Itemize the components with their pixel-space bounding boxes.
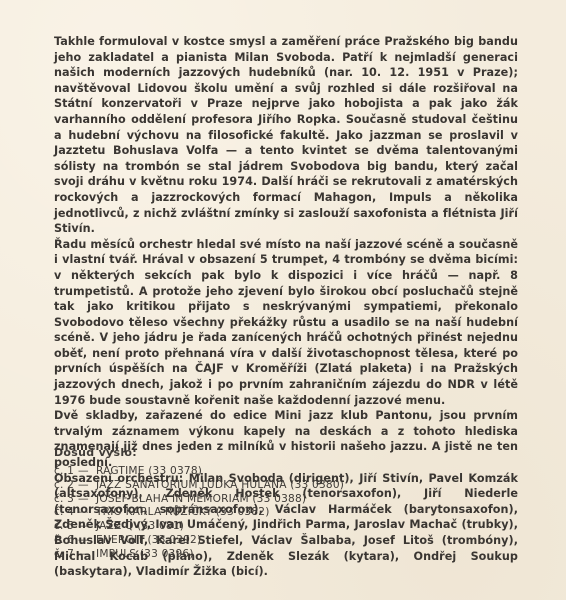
release-number: č. 3 <box>54 493 78 507</box>
release-dash: — <box>78 534 96 548</box>
release-number: č. 5 <box>54 520 78 534</box>
release-item: č. 7 — IMPULS (33 0396) <box>54 548 344 562</box>
release-dash: — <box>78 479 96 493</box>
release-item: č. 1 — RAGTIME (33 0378) <box>54 465 344 479</box>
release-number: č. 7 <box>54 548 78 562</box>
releases-list: Dosud vyšlo: č. 1 — RAGTIME (33 0378) č.… <box>54 446 344 562</box>
release-item: č. 4 — TRIO KARLA RŮŽIČKY (33 0382) <box>54 506 344 520</box>
release-title: JAZZ Q (33 081) <box>96 520 184 534</box>
release-dash: — <box>78 465 96 479</box>
release-dash: — <box>78 506 96 520</box>
release-title: IMPULS (33 0396) <box>96 548 194 562</box>
release-title: JOSEF BLAHA IN MEMORIAM (33 0388) <box>96 493 306 507</box>
release-number: č. 1 <box>54 465 78 479</box>
release-item: č. 2 — JAZZ SANATORIUM LUĎKA HULANA (33 … <box>54 479 344 493</box>
release-number: č. 2 <box>54 479 78 493</box>
release-title: TRIO KARLA RŮŽIČKY (33 0382) <box>96 506 270 520</box>
release-number: č. 4 <box>54 506 78 520</box>
release-number: č. 6 <box>54 534 78 548</box>
release-item: č. 3 — JOSEF BLAHA IN MEMORIAM (33 0388) <box>54 493 344 507</box>
release-item: č. 6 — ENERGIT (33 0392) <box>54 534 344 548</box>
release-dash: — <box>78 493 96 507</box>
release-item: č. 5 — JAZZ Q (33 081) <box>54 520 344 534</box>
release-dash: — <box>78 548 96 562</box>
release-dash: — <box>78 520 96 534</box>
paragraph-intro: Takhle formuloval v kostce smysl a zaměř… <box>54 34 518 237</box>
releases-heading: Dosud vyšlo: <box>54 446 344 459</box>
release-title: ENERGIT (33 0392) <box>96 534 201 548</box>
paragraph-history: Řadu měsíců orchestr hledal své místo na… <box>54 237 518 409</box>
release-title: JAZZ SANATORIUM LUĎKA HULANA (33 0380) <box>96 479 344 493</box>
release-title: RAGTIME (33 0378) <box>96 465 202 479</box>
